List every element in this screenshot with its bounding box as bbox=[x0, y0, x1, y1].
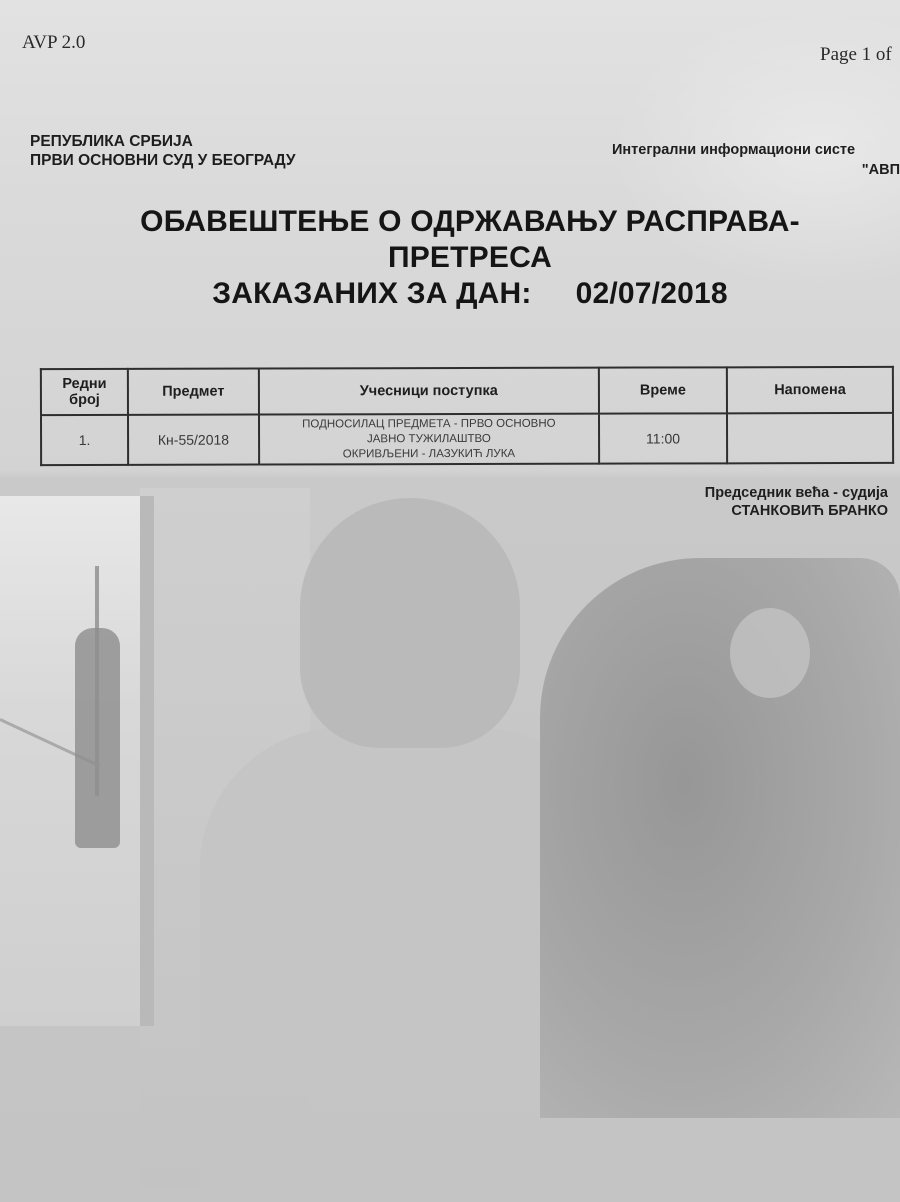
title-line-2: ПРЕТРЕСА bbox=[60, 240, 880, 276]
document-title: ОБАВЕШТЕЊЕ О ОДРЖАВАЊУ РАСПРАВА- ПРЕТРЕС… bbox=[60, 204, 880, 312]
title-line-1: ОБАВЕШТЕЊЕ О ОДРЖАВАЊУ РАСПРАВА- bbox=[60, 204, 880, 240]
issuer-country: РЕПУБЛИКА СРБИЈА bbox=[30, 132, 296, 151]
system-header: Интегрални информациони систе "АВП bbox=[612, 140, 900, 180]
issuer-header: РЕПУБЛИКА СРБИЈА ПРВИ ОСНОВНИ СУД У БЕОГ… bbox=[30, 132, 296, 170]
reflection-railing bbox=[0, 718, 100, 767]
table-header-row: Редни број Предмет Учесници поступка Вре… bbox=[41, 367, 893, 415]
participant-line: ОКРИВЉЕНИ - ЛАЗУКИЋ ЛУКА bbox=[260, 446, 598, 462]
header-participants: Учесници поступка bbox=[259, 368, 599, 415]
header-number: Редни број bbox=[41, 369, 128, 415]
header-number-line2: број bbox=[42, 392, 127, 408]
table-row: 1. Кн-55/2018 ПОДНОСИЛАЦ ПРЕДМЕТА - ПРВО… bbox=[41, 413, 893, 465]
system-name: Интегрални информациони систе bbox=[612, 142, 855, 158]
signature-name: СТАНКОВИЋ БРАНКО bbox=[640, 502, 888, 520]
reflection-dark-figure bbox=[540, 558, 900, 1118]
cell-case: Кн-55/2018 bbox=[128, 415, 259, 465]
header-note: Напомена bbox=[727, 367, 893, 413]
cell-number: 1. bbox=[41, 415, 128, 465]
cell-participants: ПОДНОСИЛАЦ ПРЕДМЕТА - ПРВО ОСНОВНО ЈАВНО… bbox=[259, 414, 599, 465]
header-number-line1: Редни bbox=[42, 376, 127, 392]
header-case: Предмет bbox=[128, 369, 259, 415]
issuer-court: ПРВИ ОСНОВНИ СУД У БЕОГРАДУ bbox=[30, 151, 296, 170]
reflection-doorway bbox=[0, 496, 154, 1026]
reflection-background-person bbox=[75, 628, 120, 848]
hearings-table: Редни број Предмет Учесници поступка Вре… bbox=[40, 366, 894, 466]
document-page: AVP 2.0 Page 1 of РЕПУБЛИКА СРБИЈА ПРВИ … bbox=[0, 0, 900, 1202]
cell-time: 11:00 bbox=[599, 413, 727, 463]
reflection-photographer-head bbox=[300, 498, 520, 748]
reflection-photographer-body bbox=[200, 728, 620, 1202]
participant-line: ЈАВНО ТУЖИЛАШТВО bbox=[260, 431, 598, 447]
software-version: AVP 2.0 bbox=[22, 32, 85, 54]
header-time: Време bbox=[599, 367, 727, 413]
page-indicator: Page 1 of bbox=[820, 44, 892, 66]
signature-role: Председник већа - судија bbox=[640, 484, 888, 502]
hearing-date: 02/07/2018 bbox=[576, 277, 728, 310]
title-date-line: ЗАКАЗАНИХ ЗА ДАН:02/07/2018 bbox=[60, 276, 880, 312]
reflection-wall bbox=[140, 488, 310, 1188]
system-acronym: "АВП bbox=[610, 160, 900, 180]
title-date-label: ЗАКАЗАНИХ ЗА ДАН: bbox=[212, 277, 531, 310]
signature-block: Председник већа - судија СТАНКОВИЋ БРАНК… bbox=[640, 484, 888, 520]
cell-note bbox=[727, 413, 893, 463]
participant-line: ПОДНОСИЛАЦ ПРЕДМЕТА - ПРВО ОСНОВНО bbox=[260, 416, 598, 432]
glass-reflection bbox=[0, 478, 900, 1202]
reflection-light-spot bbox=[730, 608, 810, 698]
